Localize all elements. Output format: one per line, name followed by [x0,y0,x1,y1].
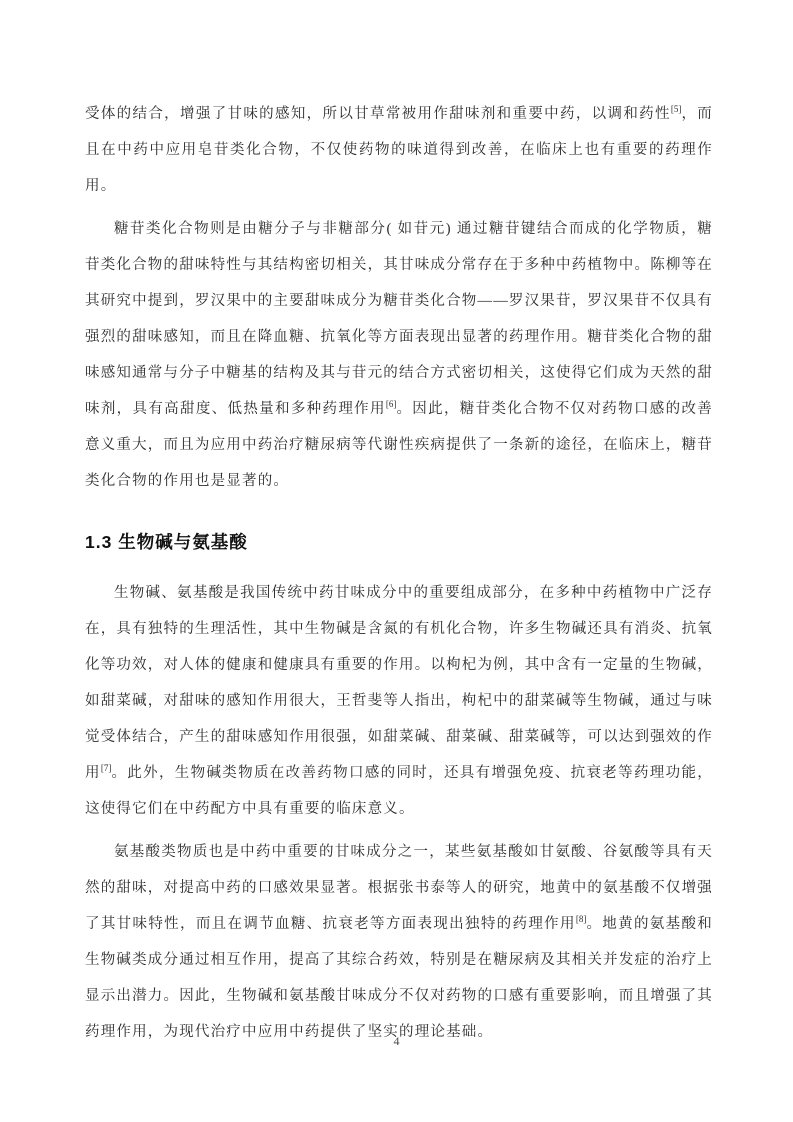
paragraph-saponin-continuation: 受体的结合，增强了甘味的感知，所以甘草常被用作甜味剂和重要中药，以调和药性[5]… [85,96,713,204]
citation-ref: [6] [386,399,397,409]
text-run: 糖苷类化合物则是由糖分子与非糖部分( 如苷元) 通过糖苷键结合而成的化学物质，糖… [85,221,713,417]
section-heading-1-3: 1.3 生物碱与氨基酸 [85,529,713,555]
document-page: 受体的结合，增强了甘味的感知，所以甘草常被用作甜味剂和重要中药，以调和药性[5]… [0,0,793,1122]
text-run: 生物碱、氨基酸是我国传统中药甘味成分中的重要组成部分，在多种中药植物中广泛存在，… [85,585,713,781]
text-run: 。地黄的氨基酸和生物碱类成分通过相互作用，提高了其综合药效，特别是在糖尿病及其相… [85,916,713,1040]
citation-ref: [5] [671,104,682,114]
paragraph-amino-acids: 氨基酸类物质也是中药中重要的甘味成分之一，某些氨基酸如甘氨酸、谷氨酸等具有天然的… [85,834,713,1050]
text-run: 。此外，生物碱类物质在改善药物口感的同时，还具有增强免疫、抗衰老等药理功能，这使… [85,765,713,817]
citation-ref: [7] [101,763,112,773]
page-number: 4 [0,1034,793,1049]
text-run: 受体的结合，增强了甘味的感知，所以甘草常被用作甜味剂和重要中药，以调和药性 [85,106,671,122]
paragraph-alkaloids: 生物碱、氨基酸是我国传统中药甘味成分中的重要组成部分，在多种中药植物中广泛存在，… [85,575,713,827]
citation-ref: [8] [576,914,587,924]
paragraph-glycosides: 糖苷类化合物则是由糖分子与非糖部分( 如苷元) 通过糖苷键结合而成的化学物质，糖… [85,211,713,499]
document-content: 受体的结合，增强了甘味的感知，所以甘草常被用作甜味剂和重要中药，以调和药性[5]… [85,96,713,1057]
